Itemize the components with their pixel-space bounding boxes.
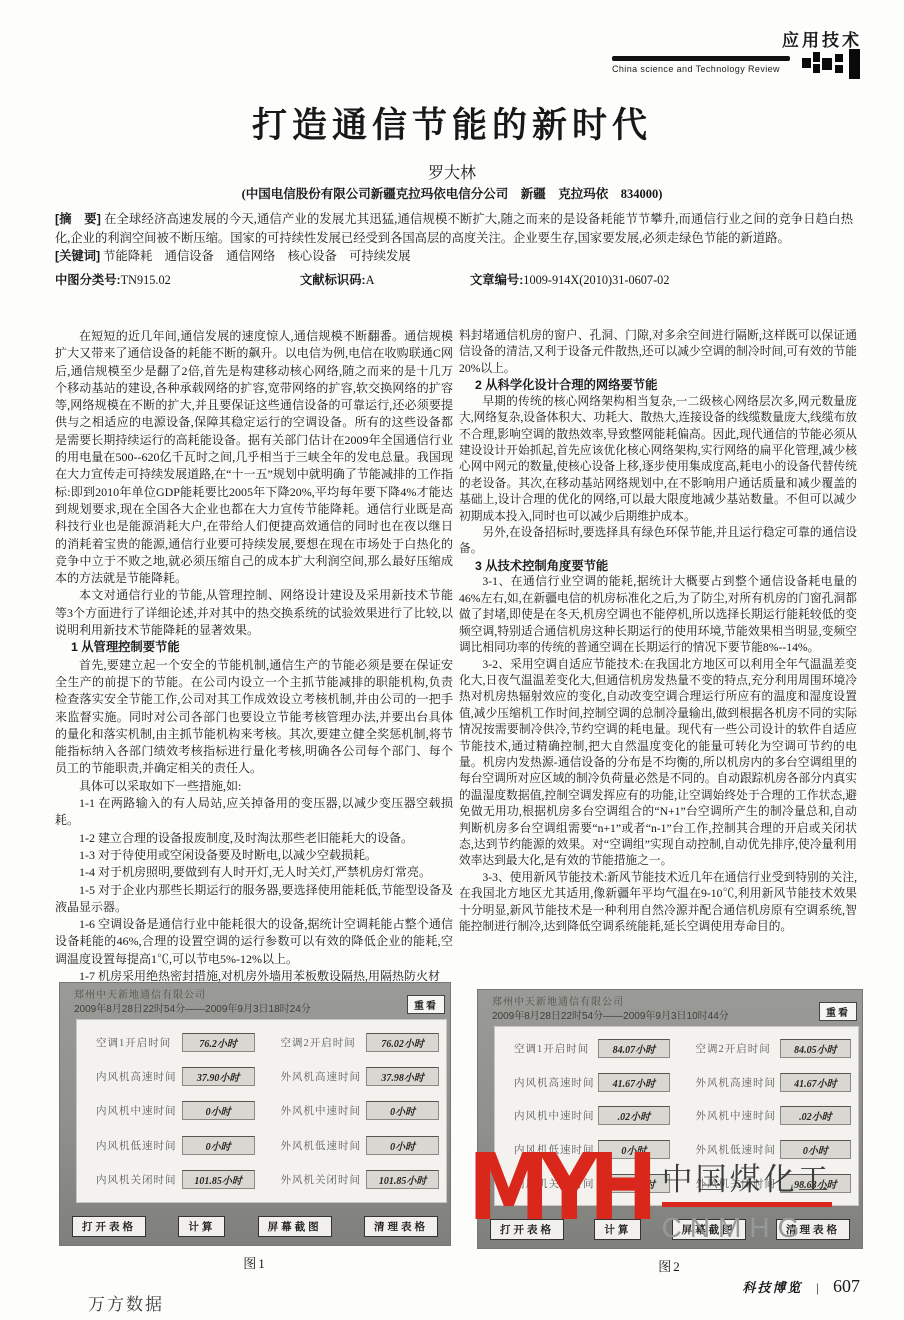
field-value: 0小时 — [366, 1101, 439, 1120]
article-no-label: 文章编号: — [470, 273, 523, 287]
field-value: 41.67小时 — [780, 1073, 851, 1092]
figure-1-company: 郑州中天新地通信有限公司 — [74, 986, 206, 1001]
field-label: 内风机中速时间 — [96, 1103, 182, 1118]
field-label: 外风机高速时间 — [696, 1075, 780, 1090]
field-value: 0小时 — [182, 1101, 255, 1120]
field-label: 内风机关闭时间 — [96, 1172, 182, 1187]
header-journal-name: China science and Technology Review — [612, 64, 790, 74]
wanfang-data-mark: 万方数据 — [88, 1290, 164, 1315]
clc-number: 中图分类号:TN915.02 — [55, 271, 300, 290]
abstract-label: [摘 要] — [55, 212, 101, 226]
section-heading-1: 1 从管理控制要节能 — [55, 639, 453, 656]
cnmhg-logo-icon: MYH — [468, 1146, 648, 1230]
field-label: 内风机高速时间 — [96, 1069, 182, 1084]
doc-code-value: A — [366, 273, 375, 287]
table-row: 内风机关闭时间 101.85小时 外风机关闭时间 101.85小时 — [96, 1170, 439, 1189]
figure-1: 郑州中天新地通信有限公司 2009年8月28日22时54分——2009年9月3日… — [60, 983, 450, 1272]
field-value: 41.67小时 — [598, 1073, 669, 1092]
figure-1-caption: 图1 — [60, 1253, 450, 1272]
field-value: 84.05小时 — [780, 1039, 851, 1058]
footer-journal-name: 科技博览 — [742, 1277, 802, 1296]
list-item: 1-6 空调设备是通信行业中能耗很大的设备,据统计空调耗能占整个通信设备耗能的4… — [55, 916, 453, 968]
classification-line: 中图分类号:TN915.02 文献标识码:A 文章编号:1009-914X(20… — [55, 271, 853, 290]
abstract-text: 在全球经济高速发展的今天,通信产业的发展尤其迅猛,通信规模不断扩大,随之而来的是… — [55, 212, 853, 245]
keywords-label: [关键词] — [55, 249, 100, 263]
keywords-text: 节能降耗 通信设备 通信网络 核心设备 可持续发展 — [103, 249, 410, 263]
figure-2-view-button: 重看 — [819, 1002, 857, 1021]
list-item: 1-2 建立合理的设备报废制度,及时淘汰那些老旧能耗大的设备。 — [55, 830, 453, 847]
figure-2-daterange: 2009年8月28日22时54分——2009年9月3日10时44分 — [492, 1007, 729, 1022]
watermark-latin-text: CNMHG — [662, 1212, 832, 1244]
cnmhg-watermark: MYH 中国煤化工 CNMHG — [468, 1146, 832, 1244]
field-value: 0小时 — [366, 1136, 439, 1155]
paper-page: 应用技术 China science and Technology Review… — [0, 0, 904, 1320]
open-table-button: 打开表格 — [72, 1216, 146, 1237]
footer-divider: | — [816, 1280, 819, 1296]
document-code: 文献标识码:A — [300, 271, 470, 290]
paragraph: 3-2、采用空调自适应节能技术:在我国北方地区可以利用全年气温温差变化大,日夜气… — [459, 657, 857, 870]
paragraph: 早期的传统的核心网络架构相当复杂,一二级核心网络层次多,网元数量庞大,网络复杂,… — [459, 394, 857, 525]
field-value: .02小时 — [780, 1106, 851, 1125]
paragraph: 3-1、在通信行业空调的能耗,据统计大概要占到整个通信设备耗电量的46%左右,如… — [459, 574, 857, 656]
table-row: 空调1开启时间 84.07小时 空调2开启时间 84.05小时 — [514, 1039, 851, 1058]
section-heading-3: 3 从技术控制角度要节能 — [459, 558, 857, 575]
paragraph: 具体可以采取如下一些措施,如: — [55, 778, 453, 795]
table-row: 内风机中速时间 .02小时 外风机中速时间 .02小时 — [514, 1106, 851, 1125]
field-value: 76.2小时 — [182, 1033, 255, 1052]
screenshot-button: 屏幕截图 — [258, 1216, 332, 1237]
field-value: 0小时 — [182, 1136, 255, 1155]
cnmhg-watermark-text: 中国煤化工 CNMHG — [662, 1154, 832, 1244]
table-row: 内风机中速时间 0小时 外风机中速时间 0小时 — [96, 1101, 439, 1120]
clear-table-button: 清理表格 — [364, 1216, 438, 1237]
left-column: 在短短的近几年间,通信发展的速度惊人,通信规模不断翻番。通信规模扩大又带来了通信… — [55, 328, 453, 985]
list-item: 1-3 对于待使用或空闲设备要及时断电,以减少空载损耗。 — [55, 847, 453, 864]
calculate-button: 计算 — [178, 1216, 225, 1237]
figure-1-screenshot: 郑州中天新地通信有限公司 2009年8月28日22时54分——2009年9月3日… — [60, 983, 450, 1245]
field-label: 外风机高速时间 — [281, 1069, 367, 1084]
right-column: · 料封堵通信机房的窗户、孔洞、门隙,对多余空间进行隔断,这样既可以保证通信设备… — [459, 328, 857, 990]
list-item: 1-5 对于企业内那些长期运行的服务器,要选择使用能耗低,节能型设备及液晶显示器… — [55, 882, 453, 917]
figure-1-panel: 空调1开启时间 76.2小时 空调2开启时间 76.02小时 内风机高速时间 3… — [76, 1019, 447, 1203]
field-label: 外风机中速时间 — [281, 1103, 367, 1118]
field-label: 空调2开启时间 — [281, 1035, 367, 1050]
watermark-chinese-text: 中国煤化工 — [662, 1154, 832, 1207]
keywords: [关键词] 节能降耗 通信设备 通信网络 核心设备 可持续发展 — [55, 247, 853, 266]
field-value: 37.98小时 — [366, 1067, 439, 1086]
table-row: 内风机高速时间 41.67小时 外风机高速时间 41.67小时 — [514, 1073, 851, 1092]
footer-page-number: 607 — [833, 1276, 860, 1297]
figure-1-view-button: 重看 — [407, 995, 445, 1014]
field-label: 空调1开启时间 — [514, 1041, 598, 1056]
scan-artifact-dot: · — [460, 416, 464, 431]
front-matter: [摘 要] 在全球经济高速发展的今天,通信产业的发展尤其迅猛,通信规模不断扩大,… — [55, 210, 853, 289]
field-value: 84.07小时 — [598, 1039, 669, 1058]
paragraph: 在短短的近几年间,通信发展的速度惊人,通信规模不断翻番。通信规模扩大又带来了通信… — [55, 328, 453, 587]
table-row: 空调1开启时间 76.2小时 空调2开启时间 76.02小时 — [96, 1033, 439, 1052]
field-label: 外风机低速时间 — [281, 1138, 367, 1153]
field-label: 空调1开启时间 — [96, 1035, 182, 1050]
paragraph: 另外,在设备招标时,要选择具有绿色环保节能,并且运行稳定可靠的通信设备。 — [459, 525, 857, 558]
doc-code-label: 文献标识码: — [300, 273, 366, 287]
field-label: 内风机低速时间 — [96, 1138, 182, 1153]
list-item: 1-1 在两路输入的有人局站,应关掉备用的变压器,以减少变压器空载损耗。 — [55, 795, 453, 830]
field-value: 37.90小时 — [182, 1067, 255, 1086]
page-title: 打造通信节能的新时代 — [0, 98, 904, 148]
barcode-mark-icon — [802, 48, 872, 80]
author: 罗大林 — [0, 160, 904, 183]
article-no-value: 1009-914X(2010)31-0607-02 — [523, 273, 669, 287]
figure-1-buttons: 打开表格 计算 屏幕截图 清理表格 — [72, 1216, 438, 1237]
list-item: 1-4 对于机房照明,要做到有人时开灯,无人时关灯,严禁机房灯常亮。 — [55, 864, 453, 881]
paragraph: 料封堵通信机房的窗户、孔洞、门隙,对多余空间进行隔断,这样既可以保证通信设备的清… — [459, 328, 857, 377]
table-row: 内风机高速时间 37.90小时 外风机高速时间 37.98小时 — [96, 1067, 439, 1086]
footer-journal-page: 科技博览 | 607 — [742, 1276, 860, 1297]
clc-label: 中图分类号: — [55, 273, 121, 287]
field-label: 外风机中速时间 — [696, 1108, 780, 1123]
paragraph: 3-3、使用新风节能技术:新风节能技术近几年在通信行业受到特别的关注,在我国北方… — [459, 870, 857, 936]
field-label: 空调2开启时间 — [696, 1041, 780, 1056]
field-value: 101.85小时 — [182, 1170, 255, 1189]
affiliation: (中国电信股份有限公司新疆克拉玛依电信分公司 新疆 克拉玛依 834000) — [0, 184, 904, 202]
field-value: 76.02小时 — [366, 1033, 439, 1052]
paragraph: 首先,要建立起一个安全的节能机制,通信生产的节能必须是要在保证安全生产的前提下的… — [55, 657, 453, 778]
table-row: 内风机低速时间 0小时 外风机低速时间 0小时 — [96, 1136, 439, 1155]
figure-1-daterange: 2009年8月28日22时54分——2009年9月3日18时24分 — [74, 1000, 311, 1015]
field-label: 外风机关闭时间 — [281, 1172, 367, 1187]
figure-2-company: 郑州中天新地通信有限公司 — [492, 993, 624, 1008]
field-label: 内风机高速时间 — [514, 1075, 598, 1090]
field-label: 内风机中速时间 — [514, 1108, 598, 1123]
clc-value: TN915.02 — [121, 273, 171, 287]
section-heading-2: 2 从科学化设计合理的网络要节能 — [459, 377, 857, 394]
figure-2-caption: 图2 — [478, 1256, 862, 1275]
field-value: .02小时 — [598, 1106, 669, 1125]
field-value: 101.85小时 — [366, 1170, 439, 1189]
paragraph: 本文对通信行业的节能,从管理控制、网络设计建设及采用新技术节能等3个方面进行了详… — [55, 587, 453, 639]
abstract: [摘 要] 在全球经济高速发展的今天,通信产业的发展尤其迅猛,通信规模不断扩大,… — [55, 210, 853, 247]
header-rule — [612, 56, 790, 61]
article-number: 文章编号:1009-914X(2010)31-0607-02 — [470, 271, 853, 290]
